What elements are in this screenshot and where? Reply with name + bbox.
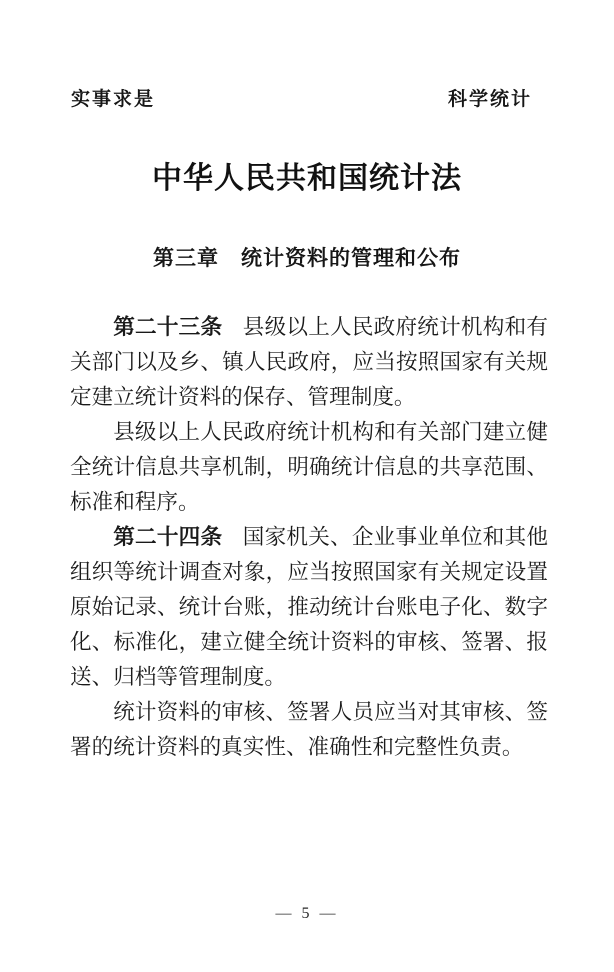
chapter-heading: 第三章 统计资料的管理和公布 bbox=[0, 242, 614, 272]
paragraph-article-24: 第二十四条国家机关、企业事业单位和其他组织等统计调查对象，应当按照国家有关规定设… bbox=[70, 520, 548, 695]
page-header: 实事求是 科学统计 bbox=[71, 84, 532, 111]
header-motto-left: 实事求是 bbox=[71, 84, 155, 111]
article-number-23: 第二十三条 bbox=[113, 315, 222, 339]
paragraph-article-23: 第二十三条县级以上人民政府统计机构和有关部门以及乡、镇人民政府，应当按照国家有关… bbox=[70, 310, 548, 415]
paragraph-info-sharing: 县级以上人民政府统计机构和有关部门建立健全统计信息共享机制，明确统计信息的共享范… bbox=[70, 415, 548, 520]
document-page: 实事求是 科学统计 中华人民共和国统计法 第三章 统计资料的管理和公布 第二十三… bbox=[0, 0, 614, 972]
paragraph-text: 统计资料的审核、签署人员应当对其审核、签署的统计资料的真实性、准确性和完整性负责… bbox=[70, 700, 548, 759]
article-number-24: 第二十四条 bbox=[113, 525, 222, 549]
paragraph-responsibility: 统计资料的审核、签署人员应当对其审核、签署的统计资料的真实性、准确性和完整性负责… bbox=[70, 695, 548, 765]
header-motto-right: 科学统计 bbox=[448, 84, 532, 111]
document-body: 第二十三条县级以上人民政府统计机构和有关部门以及乡、镇人民政府，应当按照国家有关… bbox=[70, 310, 548, 765]
document-title: 中华人民共和国统计法 bbox=[0, 153, 614, 197]
paragraph-text: 县级以上人民政府统计机构和有关部门建立健全统计信息共享机制，明确统计信息的共享范… bbox=[70, 420, 548, 514]
page-number: — 5 — bbox=[0, 905, 614, 923]
paragraph-text: 国家机关、企业事业单位和其他组织等统计调查对象，应当按照国家有关规定设置原始记录… bbox=[70, 525, 548, 689]
